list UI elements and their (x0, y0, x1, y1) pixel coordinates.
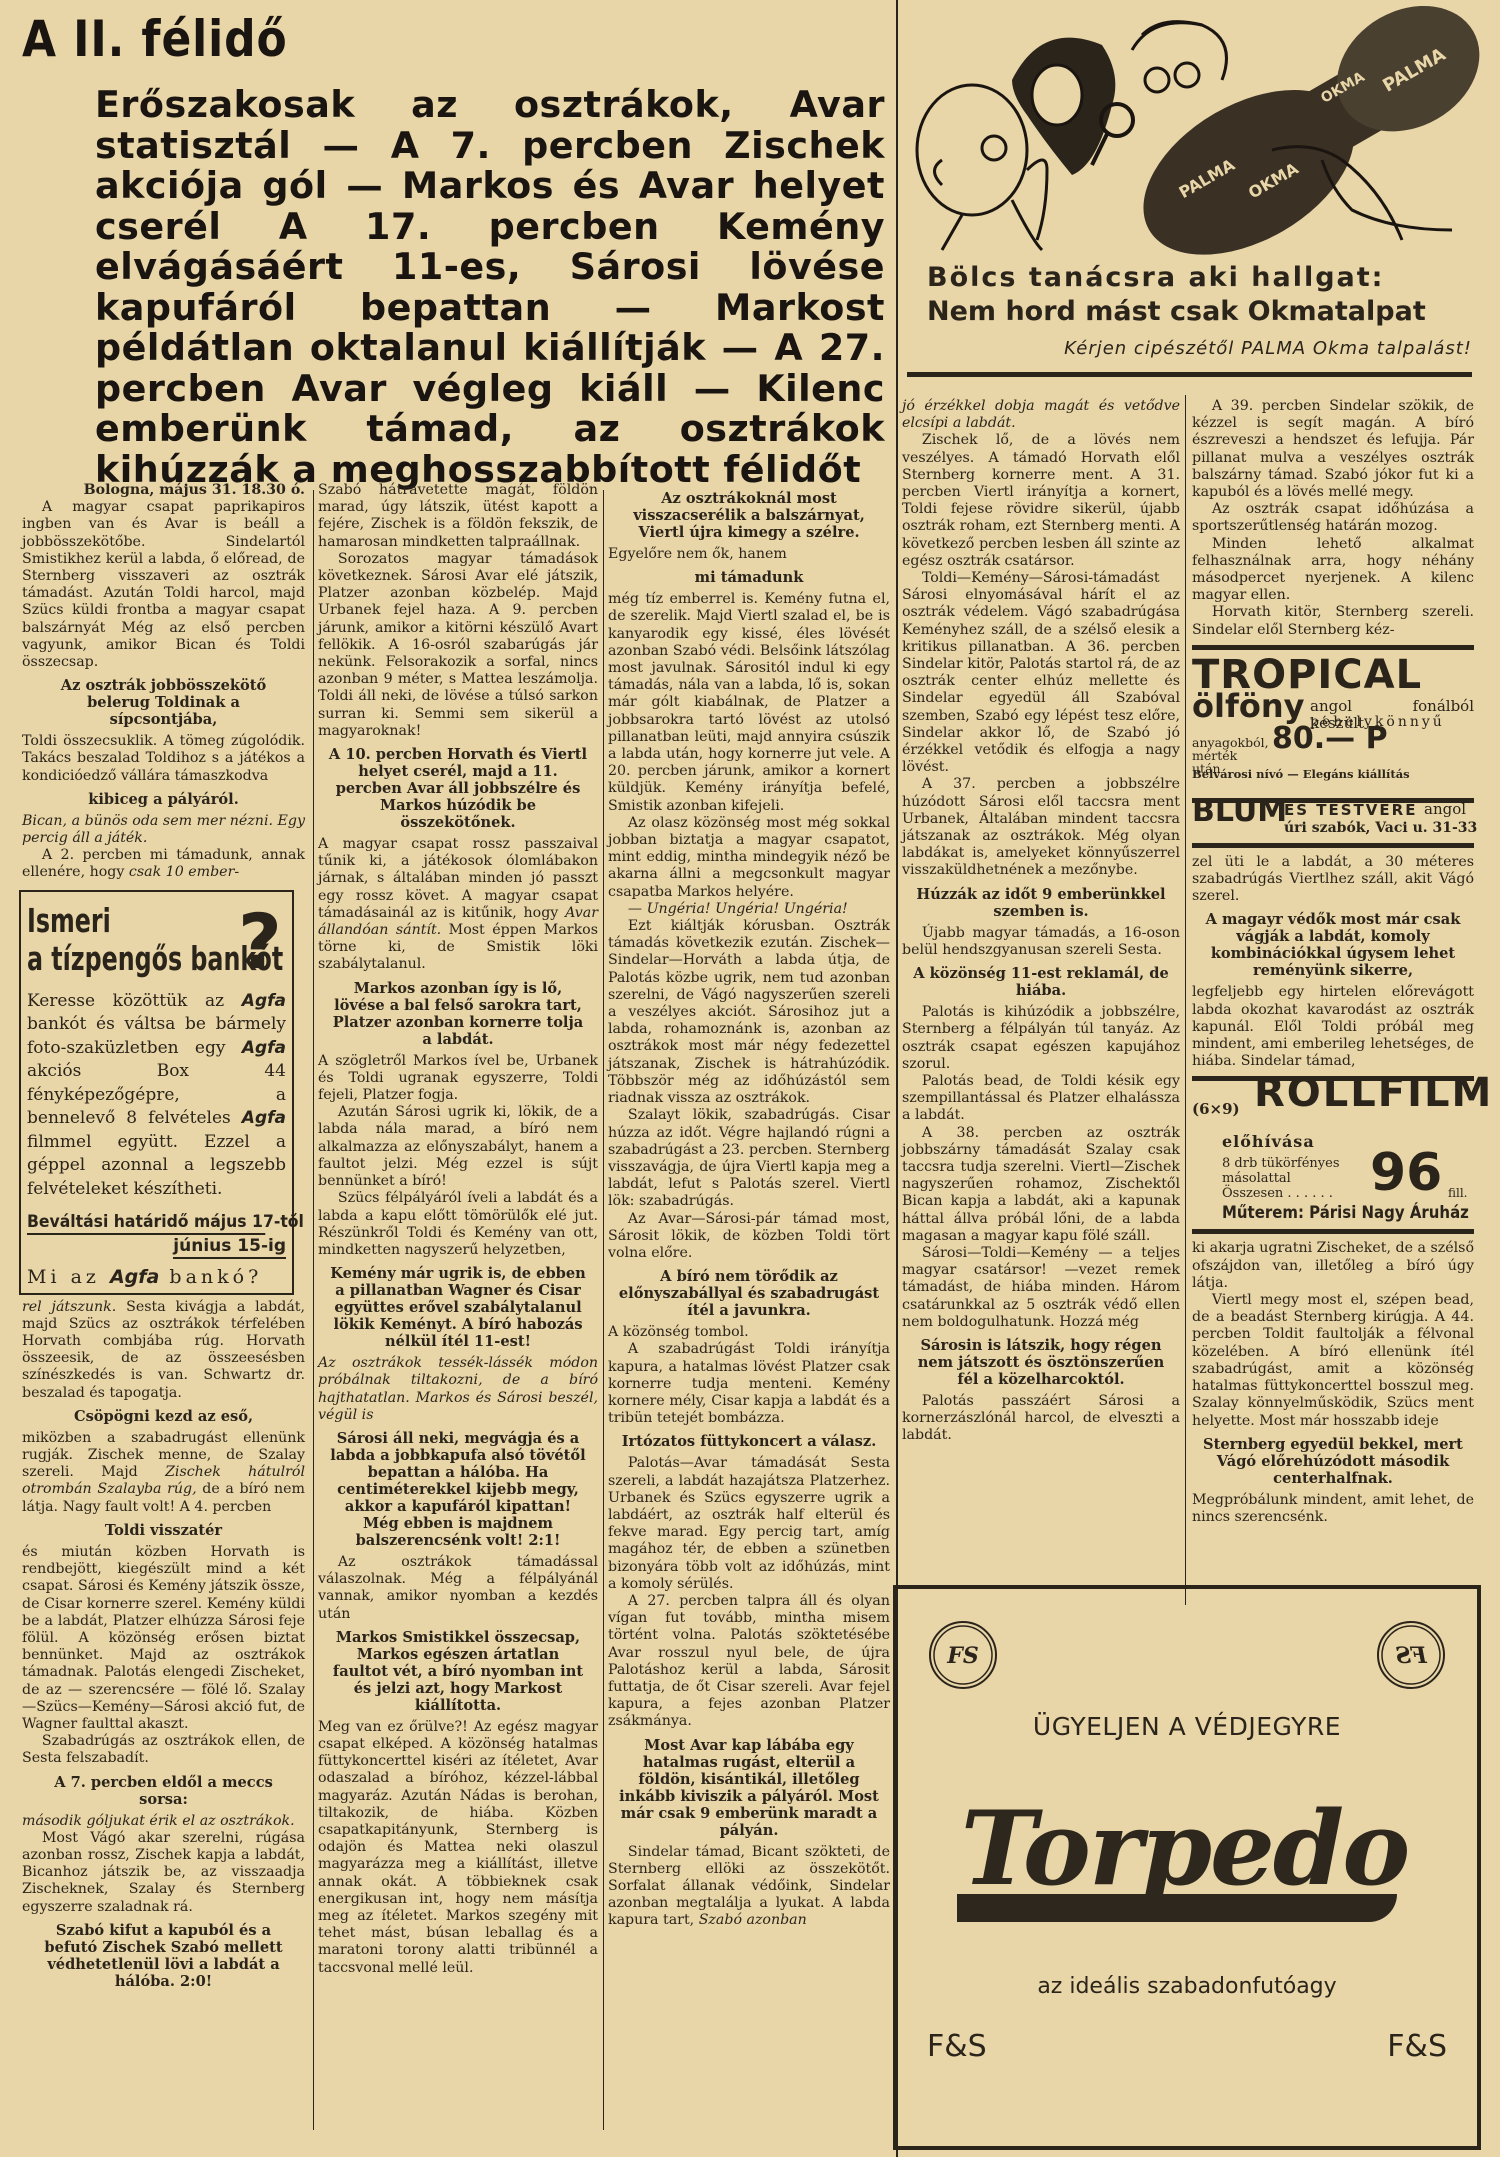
agfa-logo: Agfa (242, 1038, 286, 1058)
paragraph: Szalayt lökik, szabadrúgás. Cisar húzza … (608, 1107, 890, 1210)
paragraph: A 38. percben az osztrák jobbszárny táma… (902, 1125, 1180, 1245)
subheading: A 10. percben Horvath és Viertl helyet c… (328, 746, 588, 831)
subheading: Toldi visszatér (32, 1522, 295, 1539)
paragraph: Egyelőre nem ők, hanem (608, 546, 890, 563)
subheading: Irtózatos füttykoncert a válasz. (618, 1433, 880, 1450)
paragraph: Sárosi—Toldi—Kemény — a teljes magyar cs… (902, 1245, 1180, 1331)
text-run-italic: csak 10 ember- (129, 864, 239, 880)
paragraph: még tíz emberrel is. Kemény futna el, de… (608, 591, 890, 815)
paragraph-italic: jó érzékkel dobja magát és vetődve elcsí… (902, 398, 1180, 432)
agfa-footer: Mi az Agfa bankó? (27, 1269, 286, 1286)
paragraph: legfeljebb egy hirtelen előrevágott labd… (1192, 984, 1474, 1070)
maker-right: F&S (1387, 2029, 1447, 2064)
agfa-logo: Agfa (242, 991, 286, 1011)
subheading: Most Avar kap lábába egy hatalmas rugást… (618, 1737, 880, 1839)
subheading: A 7. percben eldől a meccs sorsa: (32, 1774, 295, 1808)
divider (907, 372, 1472, 377)
subheading: Sárosi áll neki, megvágja és a labda a j… (328, 1430, 588, 1549)
agfa-logo: Agfa (242, 1108, 286, 1128)
question-mark-icon: ? (238, 902, 282, 982)
agfa-deadline-end: június 15-ig (173, 1235, 286, 1259)
subheading: kibiceg a pályáról. (32, 791, 295, 808)
text-run: bankó? (169, 1266, 262, 1288)
subheading: Szabó kifut a kapuból és a befutó Zische… (32, 1922, 295, 1990)
torpedo-tagline: az ideális szabadonfutóagy (897, 1974, 1477, 1999)
paragraph: Palotás passzáért Sárosi a kornerzászlón… (902, 1393, 1180, 1445)
agfa-body: Keresse közöttük az Agfa bankót és válts… (27, 990, 286, 1202)
paragraph: Az Avar—Sárosi-pár támad most, Sárosit l… (608, 1211, 890, 1263)
subheading: A magayr védők most már csak vágják a la… (1202, 911, 1464, 979)
paragraph: Szücs félpályáról íveli a labdát és a la… (318, 1190, 598, 1259)
torpedo-underline (957, 1894, 1397, 1922)
paragraph: Toldi—Kemény—Sárosi-támadást Sárosi elny… (902, 570, 1180, 776)
subheading: Kemény már ugrik is, de ebben a pillanat… (328, 1265, 588, 1350)
agfa-deadline-end-wrap: június 15-ig (27, 1235, 286, 1259)
paragraph: Azután Sárosi ugrik ki, lökik, de a labd… (318, 1104, 598, 1190)
subheading: mi támadunk (618, 569, 880, 586)
text-run-italic: rel játszunk. (22, 1299, 116, 1315)
page-title: A II. félidő (22, 10, 288, 68)
subheading: Sternberg egyedül bekkel, mert Vágó előr… (1202, 1436, 1464, 1487)
trademark-logo-left-icon: FS (927, 1619, 999, 1691)
paragraph: Sindelar támad, Bicant szökteti, de Ster… (608, 1844, 890, 1930)
torpedo-advertisement: FS FS ÜGYELJEN A VÉDJEGYRE Torpedo az id… (893, 1585, 1481, 2150)
paragraph: Meg van ez őrülve?! Az egész magyar csap… (318, 1719, 598, 1977)
article-column-1: Bologna, május 31. 18.30 ó. A magyar csa… (22, 482, 305, 1995)
rollfilm-title: ROLLFILM (1254, 1085, 1493, 1102)
agfa-advertisement: Ismeri a tízpengős bankót ? Keresse közö… (19, 890, 294, 1295)
text-run-italic: Szabó azonban (699, 1912, 807, 1928)
svg-text:FS: FS (1395, 1643, 1428, 1669)
blum-address: úri szabók, Vaci u. 31-33 (1284, 820, 1477, 837)
paragraph: Újabb magyar támadás, a 16-oson belül he… (902, 925, 1180, 959)
text-run: Mi az (27, 1266, 100, 1288)
paragraph: Szabadrúgás az osztrákok ellen, de Sesta… (22, 1733, 305, 1767)
tropical-slogan: Belvárosi nívó — Elegáns kiállítás (1192, 766, 1410, 783)
paragraph-italic: második góljukat érik el az osztrákok. (22, 1813, 305, 1830)
palma-tagline: Kérjen cipészétől PALMA Okma talpalást! (1064, 338, 1472, 359)
tropical-product: ölföny (1192, 698, 1305, 715)
subheading: Markos azonban így is lő, lövése a bal f… (328, 980, 588, 1048)
article-column-2: Szabó hátravetette magát, földön marad, … (318, 482, 598, 1977)
article-column-3: Az osztrákoknál most visszacserélik a ba… (608, 484, 890, 1930)
dateline: Bologna, május 31. 18.30 ó. (22, 482, 305, 499)
subheading: Markos Smistikkel összecsap, Markos egés… (328, 1629, 588, 1714)
paragraph-italic: — Ungéria! Ungéria! Ungéria! (608, 901, 890, 918)
agfa-title-line2: a tízpengős bankót (27, 940, 213, 978)
subheading: Az osztrák jobbösszekötő belerug Toldina… (32, 677, 295, 728)
subheading: Az osztrákoknál most visszacserélik a ba… (618, 490, 880, 541)
paragraph: Ezt kiáltják kórusban. Osztrák támadás k… (608, 918, 890, 1107)
column-divider (1185, 395, 1186, 1605)
subheading: A közönség 11-est reklamál, de hiába. (912, 965, 1170, 999)
rollfilm-size: (6×9) (1192, 1101, 1240, 1118)
agfa-logo: Agfa (110, 1266, 159, 1288)
text-run: filmmel együtt. Ezzel a géppel azonnal a… (27, 1132, 286, 1199)
subheading: Csöpögni kezd az eső, (32, 1408, 295, 1425)
blum-advertisement: BLUM ÉS TESTVÉRE angol úri szabók, Vaci … (1192, 801, 1474, 848)
maker-left: F&S (927, 2029, 987, 2064)
torpedo-notice: ÜGYELJEN A VÉDJEGYRE (897, 1712, 1477, 1741)
paragraph: Palotás—Avar támadását Sesta szereli, a … (608, 1455, 890, 1593)
svg-text:FS: FS (946, 1643, 979, 1669)
tropical-price: 80.— P (1272, 730, 1388, 747)
paragraph: Zischek lő, de a lövés nem veszélyes. A … (902, 432, 1180, 570)
paragraph: A 39. percben Sindelar szökik, de kézzel… (1192, 398, 1474, 501)
palma-headline-1: Bölcs tanácsra aki hallgat: (927, 262, 1384, 293)
rollfilm-unit: fill. (1448, 1185, 1468, 1202)
trademark-logo-right-icon: FS (1375, 1619, 1447, 1691)
rollfilm-desc-3: Összesen . . . . . . (1222, 1185, 1333, 1202)
text-run: A magyar csapat rossz passzaival tűnik k… (318, 836, 598, 921)
paragraph: Viertl megy most el, szépen bead, de a b… (1192, 1292, 1474, 1430)
subheading: Sárosin is látszik, hogy régen nem játsz… (912, 1337, 1170, 1388)
paragraph: A szögletről Markos ível be, Urbanek és … (318, 1053, 598, 1105)
paragraph: miközben a szabadrugást ellenünk rugják.… (22, 1430, 305, 1516)
paragraph: A közönség tombol. (608, 1324, 890, 1341)
article-column-5: A 39. percben Sindelar szökik, de kézzel… (1192, 398, 1474, 1526)
paragraph: Sorozatos magyar támadások következnek. … (318, 551, 598, 740)
subheading: A bíró nem törődik az előnyszabállyal és… (618, 1268, 880, 1319)
paragraph: A szabadrúgást Toldi irányítja kapura, a… (608, 1341, 890, 1427)
paragraph: Palotás is kihúzódik a jobbszélre, Stern… (902, 1004, 1180, 1073)
paragraph: és miután közben Horvath is rendbejött, … (22, 1544, 305, 1733)
paragraph: Szabó hátravetette magát, földön marad, … (318, 482, 598, 551)
paragraph: Minden lehető alkalmat felhasználnak arr… (1192, 536, 1474, 605)
paragraph: A 27. percben talpra áll és olyan vígan … (608, 1593, 890, 1731)
rollfilm-footer: Műterem: Párisi Nagy Áruház (1222, 1205, 1469, 1222)
blum-brand-3: angol (1424, 801, 1466, 818)
torpedo-brand: Torpedo (957, 1794, 1412, 1904)
paragraph: Horvath kitör, Sternberg szereli. Sindel… (1192, 604, 1474, 638)
paragraph: rel játszunk. Sesta kivágja a labdát, ma… (22, 1299, 305, 1402)
paragraph: Az osztrákok támadással válaszolnak. Még… (318, 1554, 598, 1623)
paragraph: ki akarja ugratni Zischeket, de a szélső… (1192, 1240, 1474, 1292)
paragraph: A 37. percben a jobbszélre húzódott Sáro… (902, 776, 1180, 879)
column-divider (313, 490, 314, 2130)
rollfilm-price: 96 (1370, 1145, 1442, 1201)
paragraph-italic: Bican, a bünös oda sem mer nézni. Egy pe… (22, 813, 305, 847)
paragraph: Az olasz közönség most még sokkal jobban… (608, 815, 890, 901)
blum-brand: BLUM (1192, 803, 1287, 820)
palma-headline-2: Nem hord mást csak Okmatalpat (927, 296, 1426, 327)
paragraph: Az osztrák csapat időhúzása a sportszerű… (1192, 501, 1474, 535)
paragraph: zel üti le a labdát, a 30 méteres szabad… (1192, 854, 1474, 906)
subheading: Húzzák az időt 9 emberünkkel szemben is. (912, 886, 1170, 920)
paragraph: Most Vágó akar szerelni, rúgása azonban … (22, 1830, 305, 1916)
agfa-deadline: Beváltási határidő május 17-től (27, 1211, 265, 1235)
paragraph: A magyar csapat paprikapiros ingben van … (22, 499, 305, 671)
article-column-4: jó érzékkel dobja magát és vetődve elcsí… (902, 398, 1180, 1445)
column-divider (603, 490, 604, 2130)
paragraph: A magyar csapat rossz passzaival tűnik k… (318, 836, 598, 974)
palma-advertisement: PALMA OKMA OKMA PALMA Bölcs tanácsra aki… (902, 0, 1492, 385)
headline-deck: Erőszakosak az osztrákok, Avar statisztá… (95, 85, 885, 490)
paragraph: Megpróbálunk mindent, amit lehet, de nin… (1192, 1492, 1474, 1526)
blum-brand-2: ÉS TESTVÉRE (1284, 802, 1417, 819)
rollfilm-advertisement: (6×9) ROLLFILM előhívása 8 drb tükörfény… (1192, 1076, 1474, 1234)
paragraph-italic: Az osztrákok tessék-lássék módon próbáln… (318, 1355, 598, 1424)
text-run: Keresse közöttük az (27, 991, 224, 1011)
tropical-advertisement: TROPICAL ölföny angol fonálból készült p… (1192, 645, 1474, 803)
agfa-title-line1: Ismeri (27, 902, 213, 940)
paragraph: A 2. percben mi támadunk, annak ellenére… (22, 847, 305, 881)
paragraph: Toldi összecsuklik. A tömeg zúgolódik. T… (22, 733, 305, 785)
rollfilm-subtitle: előhívása (1222, 1133, 1315, 1150)
three-men-inspecting-shoe-sole-illustration: PALMA OKMA OKMA PALMA (902, 0, 1492, 255)
torpedo-logo: Torpedo (957, 1794, 1412, 1924)
paragraph: Palotás bead, de Toldi késik egy szempil… (902, 1073, 1180, 1125)
